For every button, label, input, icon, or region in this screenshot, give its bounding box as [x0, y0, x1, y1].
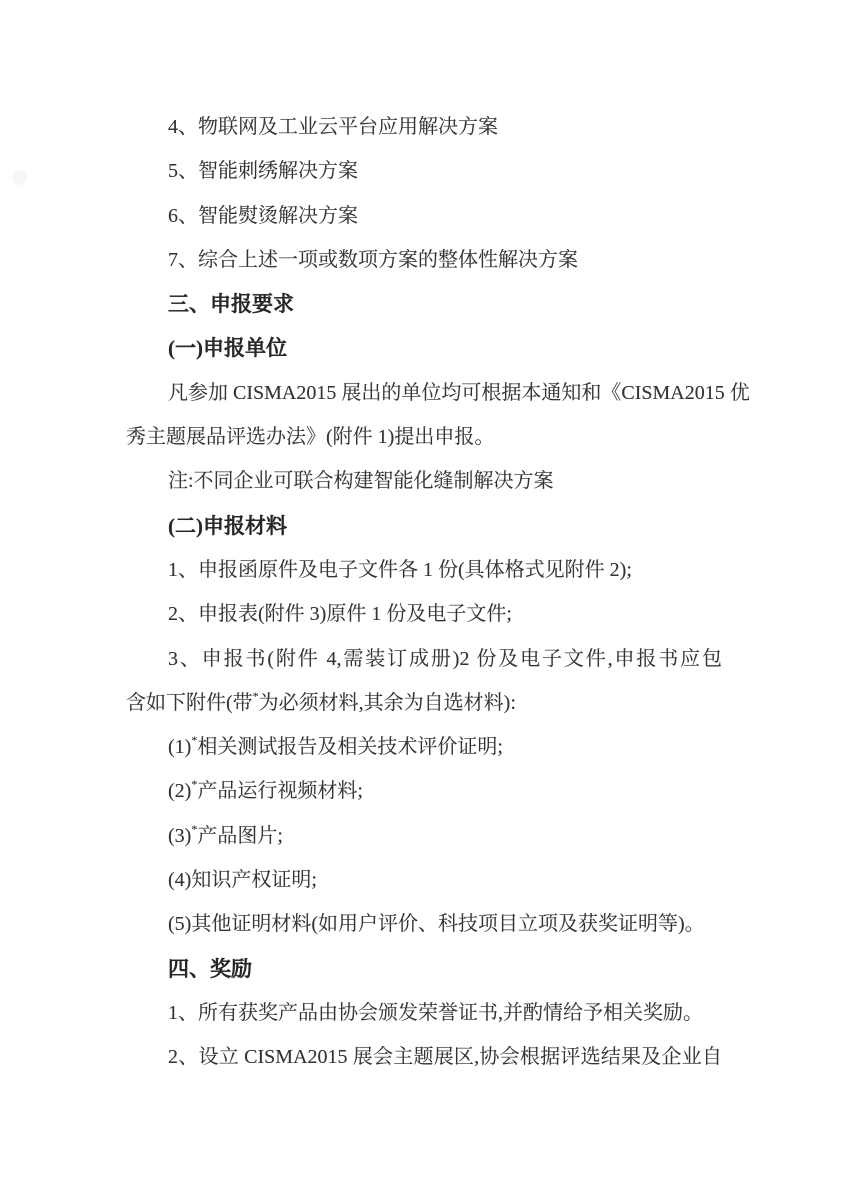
text-line: (2)*产品运行视频材料;: [126, 769, 722, 813]
document-body: 4、物联网及工业云平台应用解决方案5、智能刺绣解决方案6、智能熨烫解决方案7、综…: [126, 105, 722, 1080]
text-line: (5)其他证明材料(如用户评价、科技项目立项及获奖证明等)。: [126, 902, 722, 946]
text-line: 6、智能熨烫解决方案: [126, 194, 722, 238]
text-line: 2、设立 CISMA2015 展会主题展区,协会根据评选结果及企业自: [126, 1035, 722, 1079]
text-line: (4)知识产权证明;: [126, 858, 722, 902]
text-line: 凡参加 CISMA2015 展出的单位均可根据本通知和《CISMA2015 优: [126, 371, 722, 415]
text-line: 注:不同企业可联合构建智能化缝制解决方案: [126, 459, 722, 503]
text-line: 3、申报书(附件 4,需装订成册)2 份及电子文件,申报书应包: [126, 637, 722, 681]
section-heading: 四、奖励: [126, 947, 722, 991]
section-heading: (一)申报单位: [126, 326, 722, 370]
text-line: 秀主题展品评选办法》(附件 1)提出申报。: [126, 415, 722, 459]
text-segment: (1): [168, 736, 191, 758]
section-heading: (二)申报材料: [126, 504, 722, 548]
section-heading: 三、申报要求: [126, 282, 722, 326]
text-line: 1、申报函原件及电子文件各 1 份(具体格式见附件 2);: [126, 548, 722, 592]
document-page: 4、物联网及工业云平台应用解决方案5、智能刺绣解决方案6、智能熨烫解决方案7、综…: [0, 0, 848, 1200]
text-line: 2、申报表(附件 3)原件 1 份及电子文件;: [126, 592, 722, 636]
text-segment: 含如下附件(带: [126, 692, 253, 714]
scan-artifact: [12, 170, 27, 185]
text-segment: 产品图片;: [197, 825, 283, 847]
text-segment: (3): [168, 825, 191, 847]
text-segment: 为必须材料,其余为自选材料):: [259, 692, 516, 714]
text-line: 5、智能刺绣解决方案: [126, 149, 722, 193]
text-line: 7、综合上述一项或数项方案的整体性解决方案: [126, 238, 722, 282]
text-segment: (2): [168, 780, 191, 802]
text-segment: 产品运行视频材料;: [197, 780, 363, 802]
text-line: (1)*相关测试报告及相关技术评价证明;: [126, 725, 722, 769]
text-line: 4、物联网及工业云平台应用解决方案: [126, 105, 722, 149]
text-segment: 相关测试报告及相关技术评价证明;: [197, 736, 503, 758]
text-line: 1、所有获奖产品由协会颁发荣誉证书,并酌情给予相关奖励。: [126, 991, 722, 1035]
text-line: (3)*产品图片;: [126, 814, 722, 858]
text-line: 含如下附件(带*为必须材料,其余为自选材料):: [126, 681, 722, 725]
